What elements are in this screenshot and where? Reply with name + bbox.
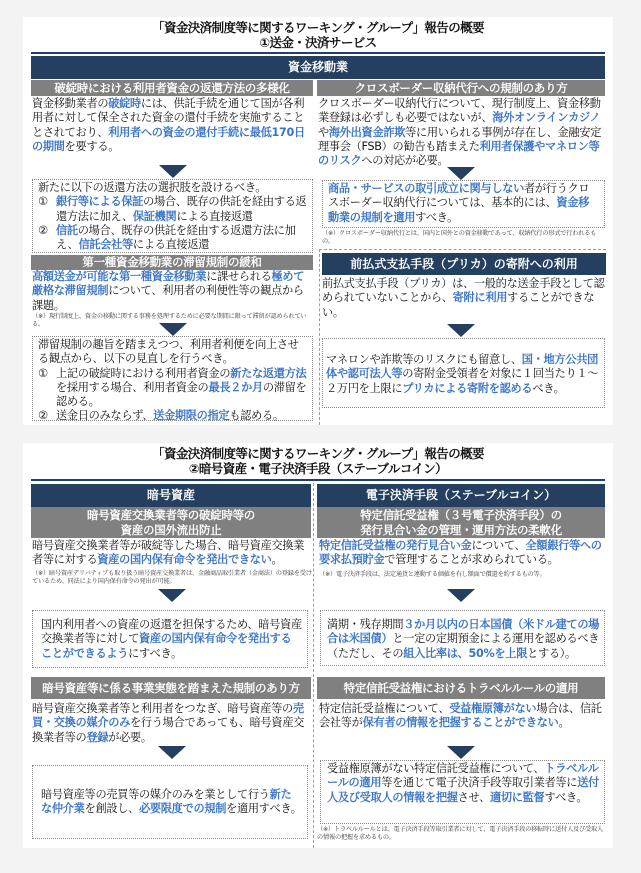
issue-bankruptcy-refund: 資金移動業者の破綻時には、供託手続を通じて国が各利用者に対して保全された資金の還… (32, 97, 314, 154)
section2-title-line1: 「資金決済制度等に関するワーキング・グループ」報告の概要 (23, 446, 613, 461)
heading-travel-rule: 特定信託受益権におけるトラベルルールの適用 (317, 677, 605, 699)
list-item: ①銀行等による保証の場合、既存の供託を経由する返還方法に加え、保証機関による直接… (38, 195, 307, 224)
heading-reserve-management: 特定信託受益権（３号電子決済手段）の 発行見合い金の管理・運用方法の柔軟化 (317, 507, 605, 538)
heading-prepaid-donation: 前払式支払手段（プリカ）の寄附への利用 (322, 253, 606, 275)
proposal-asset-outflow: 国内利用者への資産の返還を担保するため、暗号資産交換業者等に対して資産の国内保有… (32, 610, 308, 668)
proposal-travel-rule: 受益権原簿がない特定信託受益権について、トラベルルールの適用等を通じて電子決済手… (320, 760, 605, 824)
section2-panel: 「資金決済制度等に関するワーキング・グループ」報告の概要 ②暗号資産・電子決済手… (23, 443, 613, 848)
arrow-down-icon (158, 589, 186, 602)
heading-cross-border: クロスボーダー収納代行への規制のあり方 (317, 80, 605, 96)
heading-bankruptcy-refund: 破綻時における利用者資金の返還方法の多様化 (31, 80, 313, 96)
note-cross-border: （※）クロスボーダー収納代行とは、国内と国外との資金移動であって、収納代行の形式… (322, 230, 606, 247)
issue-reserve-management: 特定信託受益権の発行見合い金について、全額銀行等への要求払預貯金で管理することが… (319, 539, 607, 568)
heading-asset-outflow: 暗号資産交換業者等の破綻時等の 資産の国外流出防止 (31, 507, 311, 538)
banner-fund-transfer: 資金移動業 (31, 56, 605, 79)
divider (313, 483, 314, 848)
divider (319, 249, 606, 250)
proposal-bankruptcy-refund: 新たに以下の返還方法の選択肢を設けるべき。 ①銀行等による保証の場合、既存の供託… (32, 179, 313, 253)
proposal-reserve-management: 満期・残存期間３か月以内の日本国債（米ドル建ての場合は米国債）と一定の定期預金に… (320, 610, 605, 666)
issue-travel-rule: 特定信託受益権について、受益権原簿がない場合は、信託会社等が保有者の情報を把握す… (319, 702, 607, 731)
arrow-down-icon (159, 323, 187, 336)
heading-retention-rule: 第一種資金移動業の滞留規制の緩和 (31, 255, 313, 270)
issue-prepaid-donation: 前払式支払手段（プリカ）は、一般的な送金手段として認められていないことから、寄附… (322, 277, 606, 320)
arrow-down-icon (447, 589, 475, 602)
proposal-cross-border: 商品・サービスの取引成立に関与しない者が行うクロスボーダー収納代行については、基… (322, 180, 605, 228)
proposal-brokerage-regulation: 暗号資産等の売買等の媒介のみを業として行う新たな仲介業を創設し、必要限度での規制… (32, 765, 308, 839)
note-reserve-management: （※）電子決済手段は、法定通貨と連動する価値を有し額面で償還を約するもの等。 (319, 571, 609, 579)
issue-retention-rule: 高額送金が可能な第一種資金移動業に課せられる極めて厳格な滞留規制について、利用者… (32, 270, 314, 313)
section2-title-rule (31, 479, 605, 481)
arrow-down-icon (447, 324, 475, 337)
arrow-down-icon (447, 746, 475, 759)
list-item: ①上記の破綻時における利用者資金の新たな返還方法を採用する場合、利用者資金の最長… (38, 367, 307, 410)
issue-brokerage-regulation: 暗号資産交換業者等と利用者をつなぎ、暗号資産等の売買・交換の媒介のみを行う場合で… (32, 702, 312, 745)
section1-title-line1: 「資金決済制度等に関するワーキング・グループ」報告の概要 (23, 20, 613, 35)
list-item: ②送金日のみならず、送金期限の指定も認める。 (38, 409, 307, 423)
proposal-prepaid-donation: マネロンや詐欺等のリスクにも留意し、国・地方公共団体や認可法人等の寄附金受領者を… (322, 338, 605, 408)
banner-crypto-assets: 暗号資産 (31, 484, 311, 507)
banner-stablecoin: 電子決済手段（ステーブルコイン） (317, 484, 605, 507)
proposal-retention-rule: 滞留規制の趣旨を踏まえつつ、利用者利便を向上させる観点から、以下の見直しを行うべ… (32, 336, 313, 421)
issue-cross-border: クロスボーダー収納代行について、現行制度上、資金移動業登録は必ずしも必要ではない… (318, 97, 606, 168)
list-item: ②信託の場合、既存の供託を経由する返還方法に加え、信託会社等による直接返還 (38, 224, 307, 253)
arrow-down-icon (447, 167, 475, 180)
arrow-down-icon (158, 746, 186, 759)
note-asset-outflow: （※）暗号資産デリバティブも取り扱う暗号資産交換業者は、金融商品取引業者（金商法… (32, 570, 312, 587)
section1-title-rule (31, 52, 605, 54)
heading-brokerage-regulation: 暗号資産等に係る事業実態を踏まえた規制のあり方 (31, 677, 311, 699)
section2-title-line2: ②暗号資産・電子決済手段（ステーブルコイン） (23, 461, 613, 476)
section1-panel: 「資金決済制度等に関するワーキング・グループ」報告の概要 ①送金・決済サービス … (23, 17, 613, 425)
section1-title-line2: ①送金・決済サービス (23, 35, 613, 50)
issue-asset-outflow: 暗号資産交換業者等が破綻等した場合、暗号資産交換業者等に対する資産の国内保有命令… (32, 539, 314, 568)
note-travel-rule: （※）トラベルルールとは、電子決済手段等取引業者に対して、電子決済手段の移転時に… (317, 826, 607, 843)
divider (319, 249, 320, 425)
arrow-down-icon (159, 165, 187, 178)
